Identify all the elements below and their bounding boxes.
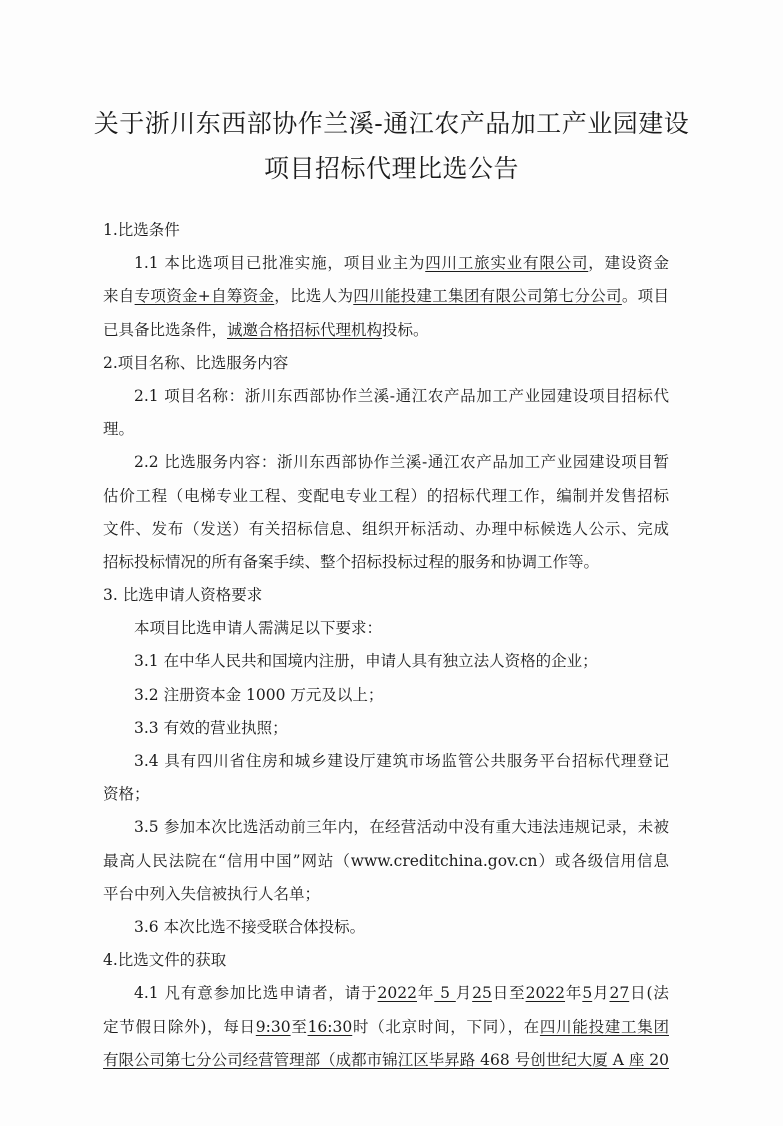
start-time: 9:30 <box>256 1018 291 1036</box>
start-month: 5 <box>434 984 456 1002</box>
end-time: 16:30 <box>308 1018 353 1036</box>
requirement-3-1: 3.1 在中华人民共和国境内注册，申请人具有独立法人资格的企业； <box>103 645 669 678</box>
requirement-3-4-line1: 3.4 具有四川省住房和城乡建设厅建筑市场监管公共服务平台招标代理登记 <box>103 745 669 778</box>
location-part1: 四川能投建工集团 <box>540 1018 669 1036</box>
requirement-3-2: 3.2 注册资本金 1000 万元及以上； <box>103 679 669 712</box>
end-year: 2022 <box>526 984 565 1002</box>
end-month: 5 <box>582 984 592 1002</box>
end-day: 27 <box>609 984 629 1002</box>
requirement-3-5-line3: 平台中列入失信被执行人名单； <box>103 878 669 911</box>
paragraph-1-1-line1: 1.1 本比选项目已批准实施，项目业主为四川工旅实业有限公司，建设资金 <box>103 247 669 280</box>
section-heading-2: 2.项目名称、比选服务内容 <box>103 347 669 380</box>
project-owner: 四川工旅实业有限公司 <box>425 254 588 272</box>
requirements-intro: 本项目比选申请人需满足以下要求： <box>103 612 669 645</box>
section-heading-3: 3. 比选申请人资格要求 <box>103 579 669 612</box>
paragraph-4-1-line2: 定节假日除外)，每日9:30至16:30时（北京时间，下同），在四川能投建工集团 <box>103 1011 669 1044</box>
document-title-line2: 项目招标代理比选公告 <box>0 149 783 185</box>
funding-source: 专项资金+自筹资金 <box>135 287 275 305</box>
section-heading-1: 1.比选条件 <box>103 214 669 247</box>
paragraph-1-1-line2: 来自专项资金+自筹资金，比选人为四川能投建工集团有限公司第七分公司。项目 <box>103 280 669 313</box>
document-title-line1: 关于浙川东西部协作兰溪-通江农产品加工产业园建设 <box>0 104 783 140</box>
requirement-3-4-line2: 资格； <box>103 778 669 811</box>
paragraph-2-1-line1: 2.1 项目名称：浙川东西部协作兰溪-通江农产品加工产业园建设项目招标代 <box>103 380 669 413</box>
start-day: 25 <box>472 984 492 1002</box>
paragraph-2-2-line1: 2.2 比选服务内容：浙川东西部协作兰溪-通江农产品加工产业园建设项目暂 <box>103 446 669 479</box>
paragraph-1-1-line3: 已具备比选条件，诚邀合格招标代理机构投标。 <box>103 314 669 347</box>
paragraph-2-2-line3: 文件、发布（发送）有关招标信息、组织开标活动、办理中标候选人公示、完成 <box>103 513 669 546</box>
requirement-3-5-line1: 3.5 参加本次比选活动前三年内，在经营活动中没有重大违法违规记录，未被 <box>103 811 669 844</box>
selector-name: 四川能投建工集团有限公司第七分公司 <box>353 287 622 305</box>
paragraph-4-1-line1: 4.1 凡有意参加比选申请者，请于2022年 5 月25日至2022年5月27日… <box>103 977 669 1010</box>
paragraph-2-2-line4: 招标投标情况的所有备案手续、整个招标投标过程的服务和协调工作等。 <box>103 546 669 579</box>
paragraph-2-2-line2: 估价工程（电梯专业工程、变配电专业工程）的招标代理工作，编制并发售招标 <box>103 480 669 513</box>
location-part2: 有限公司第七分公司经营管理部（成都市锦江区毕昇路 468 号创世纪大厦 A 座 … <box>103 1044 669 1077</box>
start-year: 2022 <box>378 984 417 1002</box>
invitation-text: 诚邀合格招标代理机构 <box>227 321 382 339</box>
document-body: 1.比选条件 1.1 本比选项目已批准实施，项目业主为四川工旅实业有限公司，建设… <box>103 214 669 1077</box>
paragraph-2-1-line2: 理。 <box>103 413 669 446</box>
section-heading-4: 4.比选文件的获取 <box>103 944 669 977</box>
requirement-3-5-line2: 最高人民法院在“信用中国”网站（www.creditchina.gov.cn）或… <box>103 845 669 878</box>
document-page: 关于浙川东西部协作兰溪-通江农产品加工产业园建设 项目招标代理比选公告 1.比选… <box>0 0 783 1126</box>
requirement-3-6: 3.6 本次比选不接受联合体投标。 <box>103 911 669 944</box>
requirement-3-3: 3.3 有效的营业执照； <box>103 712 669 745</box>
